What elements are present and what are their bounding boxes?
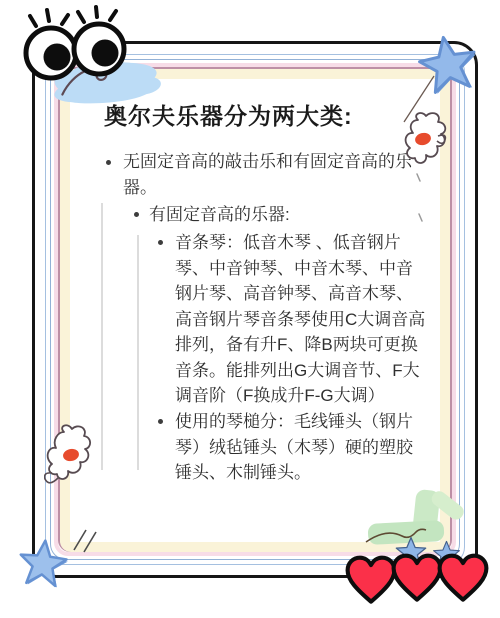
star-icon-top-right	[411, 29, 484, 99]
star-icon-bottom-left	[14, 535, 73, 590]
tick-marks-icon	[414, 170, 428, 224]
heart-icon	[345, 553, 397, 607]
page-title: 奥尔夫乐器分为两大类:	[104, 98, 353, 131]
indent-guide	[137, 235, 139, 470]
bullet-dot	[134, 212, 139, 217]
hash-marks-icon	[70, 524, 106, 556]
list-item-level3: 音条琴：低音木琴 、低音钢片琴、中音钟琴、中音木琴、中音钢片琴、高音钟琴、高音木…	[175, 230, 426, 409]
sheep-doodle-icon-right	[404, 112, 452, 174]
list-item-level1: 无固定音高的敲击乐和有固定音高的乐器。	[123, 149, 423, 200]
heart-icon	[391, 551, 443, 605]
bullet-dot	[158, 240, 163, 245]
note-card: 奥尔夫乐器分为两大类: 无固定音高的敲击乐和有固定音高的乐器。 有固定音高的乐器…	[0, 0, 500, 618]
bullet-dot	[158, 419, 163, 424]
list-item-level3: 使用的琴槌分：毛线锤头（钢片琴）绒毡锤头（木琴）硬的塑胶锤头、木制锤头。	[175, 409, 426, 486]
indent-guide	[101, 203, 103, 470]
bullet-dot	[106, 160, 111, 165]
heart-icon	[437, 551, 489, 605]
sheep-doodle-icon-left	[44, 424, 94, 490]
list-item-level2: 有固定音高的乐器:	[149, 202, 425, 228]
googly-eyes-icon	[22, 4, 134, 84]
